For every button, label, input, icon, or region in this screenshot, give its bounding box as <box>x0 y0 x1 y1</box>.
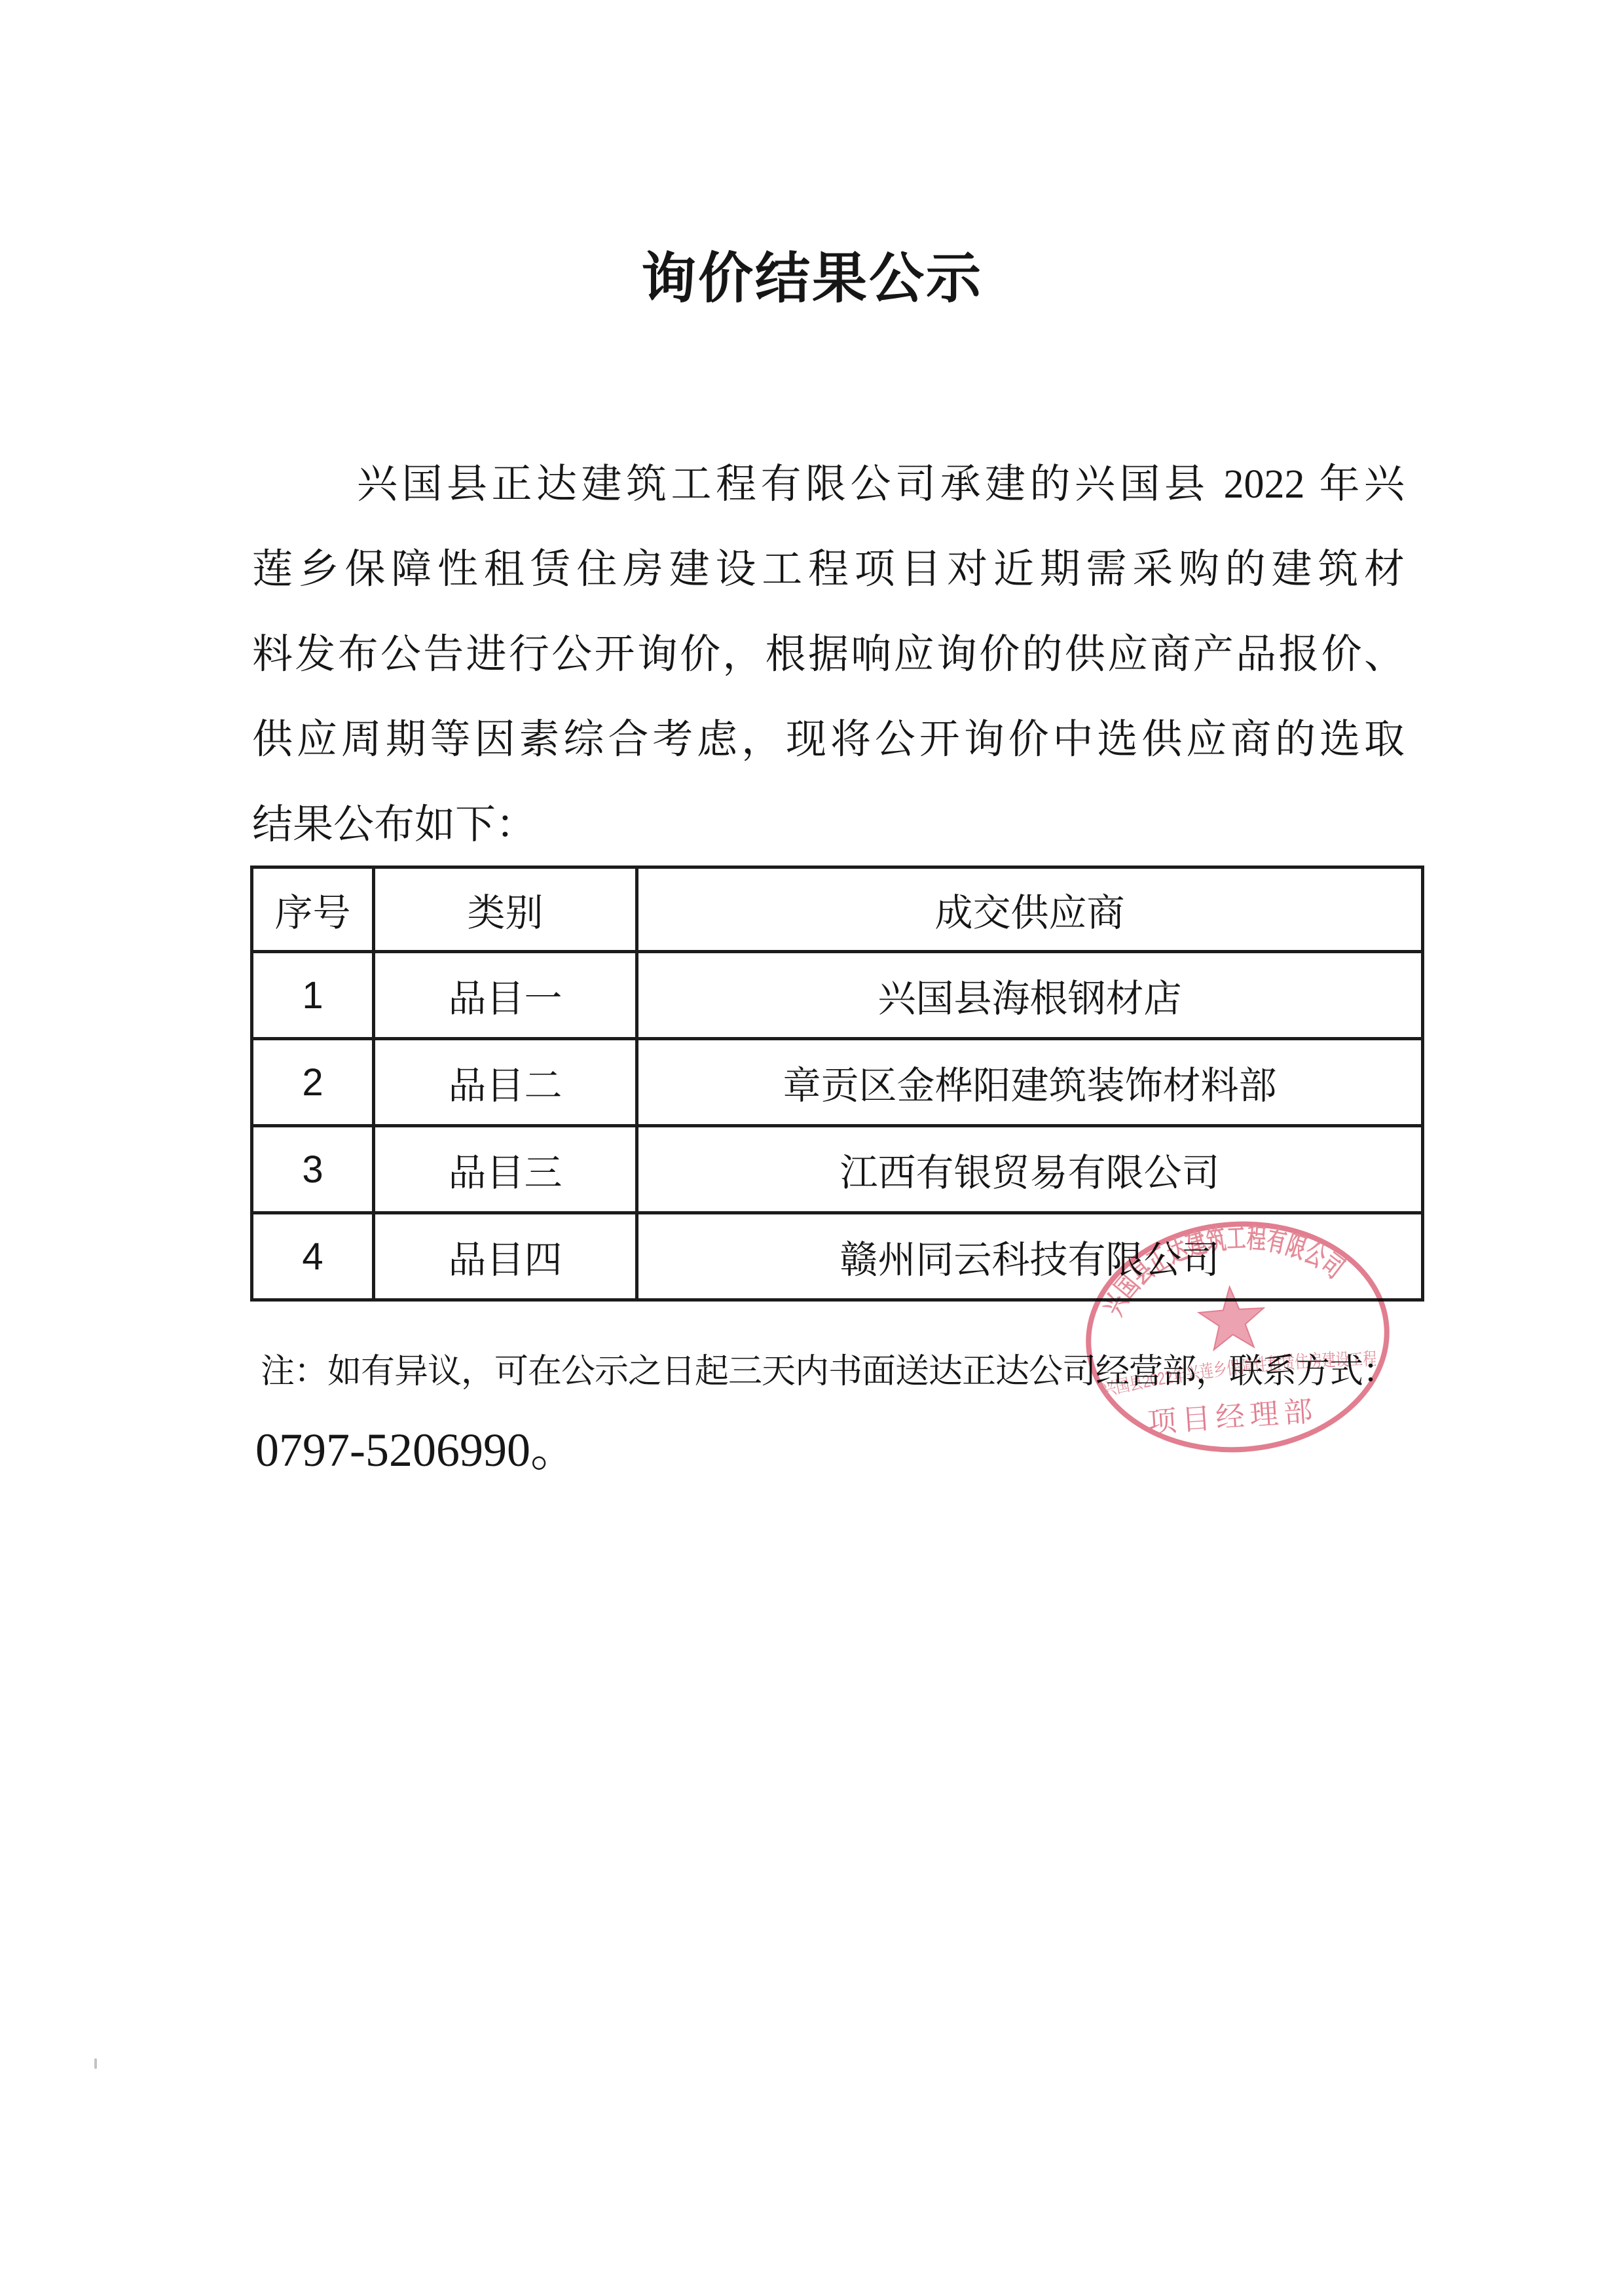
paragraph-line: 料发布公告进行公开询价，根据响应询价的供应商产品报价、 <box>252 612 1405 697</box>
cell-serial-number: 3 <box>252 1126 374 1213</box>
body-paragraph: 兴国县正达建筑工程有限公司承建的兴国县 2022 年兴 莲乡保障性租赁住房建设工… <box>252 442 1405 867</box>
header-winning-supplier: 成交供应商 <box>637 867 1423 952</box>
cell-supplier: 章贡区金桦阳建筑装饰材料部 <box>637 1039 1423 1126</box>
paragraph-line: 结果公布如下： <box>252 782 1405 867</box>
cell-serial-number: 2 <box>252 1039 374 1126</box>
seal-department-text: 项目经理部 <box>1147 1395 1319 1439</box>
paragraph-line: 莲乡保障性租赁住房建设工程项目对近期需采购的建筑材 <box>252 527 1405 612</box>
cell-category: 品目四 <box>374 1213 637 1300</box>
cell-serial-number: 4 <box>252 1213 374 1300</box>
document-page: 询价结果公示 兴国县正达建筑工程有限公司承建的兴国县 2022 年兴 莲乡保障性… <box>0 0 1624 2296</box>
note-text: 注：如有异议，可在公示之日起三天内书面送达正达公司经营部，联系方式： <box>261 1343 1396 1393</box>
note-phone-number: 0797-5206990。 <box>255 1412 578 1480</box>
table-row: 4 品目四 赣州同云科技有限公司 <box>252 1213 1423 1300</box>
result-table: 序号 类别 成交供应商 1 品目一 兴国县海根钢材店 2 品目二 章贡区金桦阳建… <box>250 866 1424 1302</box>
cell-supplier: 江西有银贸易有限公司 <box>637 1126 1423 1213</box>
header-category: 类别 <box>374 867 637 952</box>
table-row: 1 品目一 兴国县海根钢材店 <box>252 952 1423 1039</box>
header-serial-number: 序号 <box>252 867 374 952</box>
table-row: 3 品目三 江西有银贸易有限公司 <box>252 1126 1423 1213</box>
cell-category: 品目一 <box>374 952 637 1039</box>
cell-category: 品目三 <box>374 1126 637 1213</box>
cell-supplier: 兴国县海根钢材店 <box>637 952 1423 1039</box>
cell-supplier: 赣州同云科技有限公司 <box>637 1213 1423 1300</box>
cell-serial-number: 1 <box>252 952 374 1039</box>
table-row: 2 品目二 章贡区金桦阳建筑装饰材料部 <box>252 1039 1423 1126</box>
paragraph-line: 兴国县正达建筑工程有限公司承建的兴国县 2022 年兴 <box>252 442 1405 527</box>
page-title: 询价结果公示 <box>0 234 1624 314</box>
paragraph-line: 供应周期等因素综合考虑，现将公开询价中选供应商的选取 <box>252 697 1405 782</box>
cell-category: 品目二 <box>374 1039 637 1126</box>
table-header-row: 序号 类别 成交供应商 <box>252 867 1423 952</box>
scan-artifact <box>94 2058 97 2069</box>
